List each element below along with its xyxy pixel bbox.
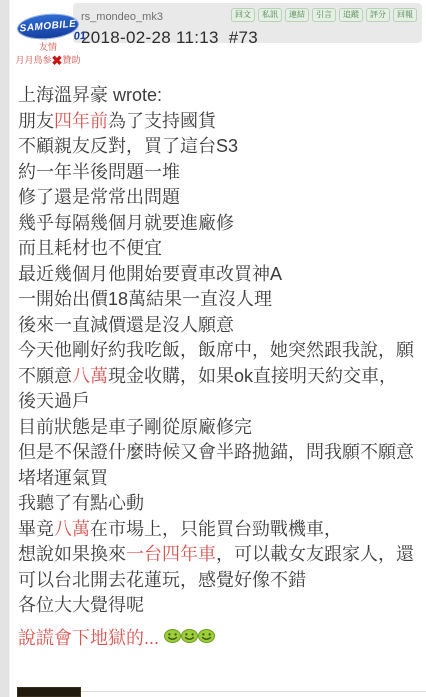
post-datetime: 2018-02-28 11:13 <box>81 28 219 47</box>
post-text-line: 最近幾個月他開始要賣車改買神A <box>18 262 414 288</box>
post-text-line: 不顧親友反對，買了這台S3 <box>18 134 414 160</box>
post-text-line: 而且耗材也不便宜 <box>18 236 414 262</box>
post-text-line: 想說如果換來一台四年車，可以載女友跟家人，還可以台北開去花蓮玩，感覺好像不錯 <box>18 542 414 593</box>
post-text-line: 畢竟八萬在市場上，只能買台勁戰機車， <box>18 517 414 543</box>
comment-line: 說謊會下地獄的... <box>18 624 215 650</box>
post-text-line: 但是不保證什麼時候又會半路拋錨，問我願不願意堵堵運氣買 <box>18 440 414 491</box>
post-text-line: 各位大大覺得呢 <box>18 593 414 619</box>
logo-brand-text: SAMOBILE <box>16 11 80 41</box>
action-button[interactable]: 回文 <box>231 8 255 22</box>
post-text-line: 約一年半後問題一堆 <box>18 160 414 186</box>
cutoff-image <box>17 687 81 697</box>
post-text-line: 我聽了有點心動 <box>18 491 414 517</box>
post-header: rs_mondeo_mk3 回文私訊連結引言追蹤評分回報 2018-02-28 … <box>73 3 422 43</box>
post-text-line: 一開始出價18萬結果一直沒人理 <box>18 287 414 313</box>
post-meta: 2018-02-28 11:13#73 <box>81 28 416 48</box>
action-button[interactable]: 引言 <box>312 8 336 22</box>
username-link[interactable]: rs_mondeo_mk3 <box>81 11 163 23</box>
left-edge-strip <box>0 0 10 697</box>
action-button[interactable]: 連結 <box>285 8 309 22</box>
green-grin-emoji <box>181 627 198 641</box>
emoji-row <box>164 627 215 648</box>
cross-icon: ✖ <box>52 53 63 68</box>
post-number: #73 <box>229 28 258 47</box>
logo-number: 01 <box>73 30 86 43</box>
forum-post-page: rs_mondeo_mk3 回文私訊連結引言追蹤評分回報 2018-02-28 … <box>0 0 426 697</box>
action-button[interactable]: 私訊 <box>258 8 282 22</box>
logo-tagline-2: 月月鳥参✖贊助 <box>6 53 90 69</box>
action-button[interactable]: 評分 <box>366 8 390 22</box>
user-avatar[interactable]: SAMOBILE 01 友情 月月鳥参✖贊助 <box>6 14 90 68</box>
logo-tagline-2-right: 贊助 <box>62 55 80 65</box>
post-text-line: 幾乎每隔幾個月就要進廠修 <box>18 211 414 237</box>
action-buttons: 回文私訊連結引言追蹤評分回報 <box>231 8 417 22</box>
quote-lines: 朋友四年前為了支持國貨不顧親友反對，買了這台S3約一年半後問題一堆修了還是常常出… <box>18 109 414 619</box>
post-text-line: 修了還是常常出問題 <box>18 185 414 211</box>
logo-tagline-2-left: 月月鳥参 <box>16 55 52 65</box>
post-text-line: 目前狀態是車子剛從原廠修完 <box>18 415 414 441</box>
action-button[interactable]: 回報 <box>393 8 417 22</box>
green-grin-emoji <box>164 627 181 641</box>
post-text-line: 今天他剛好約我吃飯，飯席中，她突然跟我說，願不願意八萬現金收購，如果ok直接明天… <box>18 338 414 415</box>
post-body: 上海溫昇豪 wrote: 朋友四年前為了支持國貨不顧親友反對，買了這台S3約一年… <box>18 83 414 619</box>
logo-tagline-1: 友情 <box>6 43 90 53</box>
samobile-logo-icon: SAMOBILE 01 <box>16 11 80 41</box>
next-section-divider <box>80 691 426 692</box>
comment-text: 說謊會下地獄的... <box>18 624 159 650</box>
post-text-line: 朋友四年前為了支持國貨 <box>18 109 414 135</box>
green-grin-emoji <box>198 627 215 641</box>
quote-author-line: 上海溫昇豪 wrote: <box>18 83 414 109</box>
post-text-line: 後來一直減價還是沒人願意 <box>18 313 414 339</box>
action-button[interactable]: 追蹤 <box>339 8 363 22</box>
